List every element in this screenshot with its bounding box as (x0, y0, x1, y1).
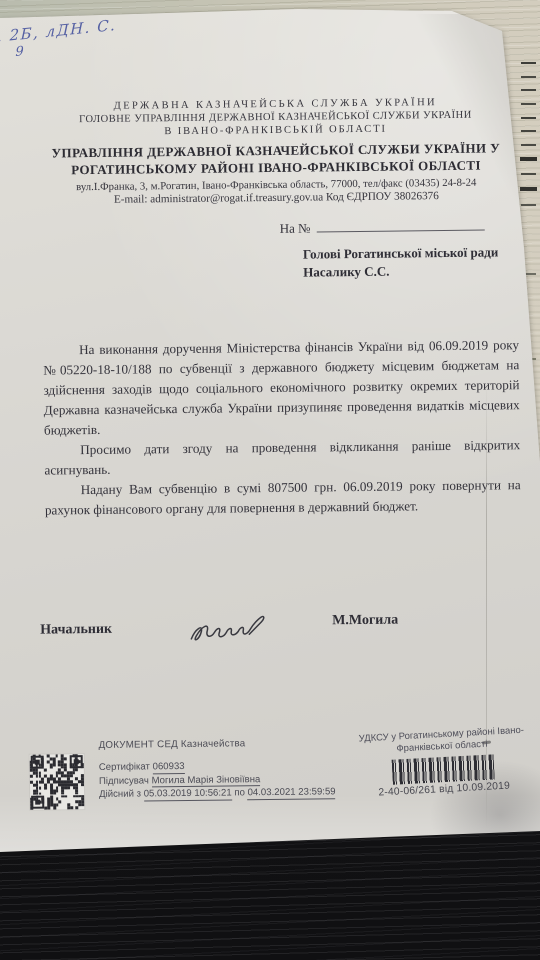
letter-body: На виконання доручення Міністерства фіна… (43, 335, 521, 520)
sed-signer-value: Могила Марія Зіновіївна (151, 774, 260, 788)
letterhead: ДЕРЖАВНА КАЗНАЧЕЙСЬКА СЛУЖБА УКРАЇНИ ГОЛ… (24, 95, 527, 208)
document-photo: п. 2Б, лДН. С. 9 ДЕРЖАВНА КАЗНАЧЕЙСЬКА С… (0, 0, 540, 960)
sed-validity-line: Дійсний з 05.03.2019 10:56:21 по 04.03.2… (99, 785, 359, 802)
barcode (392, 754, 495, 784)
handwritten-annotation: п. 2Б, лДН. С. 9 (0, 16, 117, 63)
signature-stroke (185, 606, 276, 653)
reference-label: На № (280, 221, 311, 236)
recipient-block: Голові Рогатинської міської ради Насалик… (303, 243, 499, 281)
sed-signer-label: Підписувач (99, 775, 149, 787)
body-paragraph-3: Надану Вам субвенцію в сумі 807500 грн. … (45, 475, 521, 520)
registration-number: 2-40-06/261 від 10.09.2019 (348, 779, 540, 800)
reference-number-line: На № (280, 219, 485, 237)
sed-cert-value: 060933 (153, 761, 185, 774)
qr-code (30, 754, 85, 810)
sed-valid-mid: по (234, 787, 245, 798)
paper-sheet-wrap: п. 2Б, лДН. С. 9 ДЕРЖАВНА КАЗНАЧЕЙСЬКА С… (0, 0, 540, 960)
handwritten-signature (185, 606, 276, 658)
sed-cert-label: Сертифікат (99, 761, 150, 773)
body-paragraph-2: Просимо дати згоду на проведення відклик… (44, 435, 520, 480)
sed-stamp-title: ДОКУМЕНТ СЕД Казначейства (99, 737, 359, 751)
sed-valid-label: Дійсний з (99, 789, 141, 800)
registration-stamp: УДКСУ у Рогатинському районі Івано- Фран… (345, 724, 540, 800)
signatory-name: М.Могила (332, 613, 398, 630)
recipient-title: Голові Рогатинської міської ради (303, 243, 498, 263)
sed-signature-stamp: ДОКУМЕНТ СЕД Казначейства Сертифікат 060… (30, 737, 360, 803)
sed-valid-from: 05.03.2019 10:56:21 (144, 788, 232, 801)
sed-stamp-text: ДОКУМЕНТ СЕД Казначейства Сертифікат 060… (99, 737, 360, 802)
reference-blank-line (317, 230, 485, 233)
recipient-name: Насалику С.С. (303, 261, 498, 281)
letter-content: п. 2Б, лДН. С. 9 ДЕРЖАВНА КАЗНАЧЕЙСЬКА С… (0, 0, 540, 960)
sed-valid-to: 04.03.2021 23:59:59 (248, 786, 336, 799)
body-paragraph-1: На виконання доручення Міністерства фіна… (43, 335, 520, 440)
signatory-position: Начальник (40, 622, 112, 639)
paper-sheet: п. 2Б, лДН. С. 9 ДЕРЖАВНА КАЗНАЧЕЙСЬКА С… (0, 0, 540, 960)
